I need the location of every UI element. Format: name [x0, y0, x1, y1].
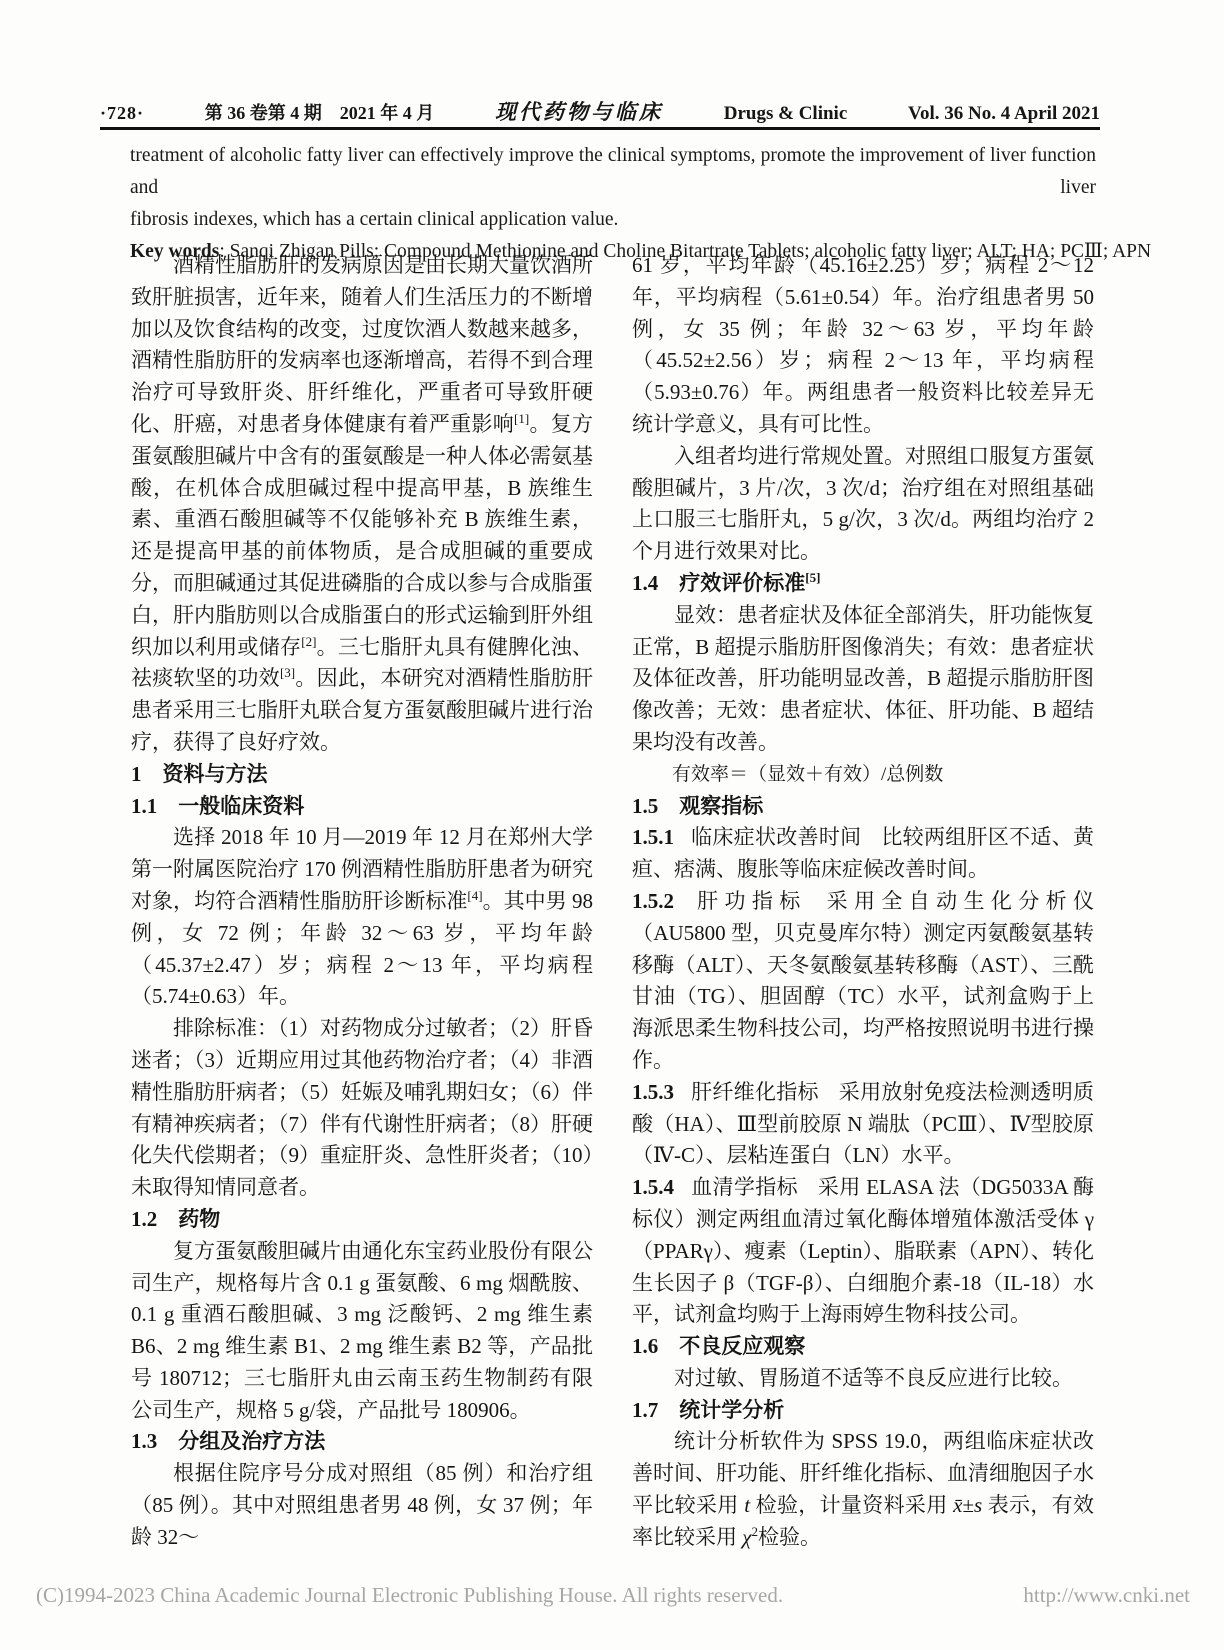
paragraph: 复方蛋氨酸胆碱片由通化东宝药业股份有限公司生产，规格每片含 0.1 g 蛋氨酸、… [131, 1236, 593, 1427]
formula-line: 有效率＝（显效＋有效）/总例数 [632, 759, 1094, 791]
section-heading: 1.2药物 [131, 1204, 593, 1236]
section-heading: 1资料与方法 [131, 759, 593, 791]
paragraph: 统计分析软件为 SPSS 19.0，两组临床症状改善时间、肝功能、肝纤维化指标、… [632, 1426, 1094, 1553]
text-run: 观察指标 [679, 794, 763, 818]
text-run: 不良反应观察 [679, 1334, 805, 1358]
paragraph: 对过敏、胃肠道不适等不良反应进行比较。 [632, 1363, 1094, 1395]
subsection-paragraph: 1.5.4血清学指标采用 ELASA 法（DG5033A 酶标仪）测定两组血清过… [632, 1172, 1094, 1331]
journal-header: ·728· 第 36 卷第 4 期 2021 年 4 月 现代药物与临床 Dru… [100, 96, 1100, 126]
reference-superscript: [4] [467, 888, 482, 903]
text-run: 根据住院序号分成对照组（85 例）和治疗组（85 例）。其中对照组患者男 48 … [131, 1461, 593, 1549]
paragraph: 显效：患者症状及体征全部消失，肝功能恢复正常，B 超提示脂肪肝图像消失；有效：患… [632, 600, 1094, 759]
reference-superscript: [1] [514, 411, 529, 426]
reference-superscript: [2] [301, 634, 316, 649]
text-run: 61 岁，平均年龄（45.16±2.25）岁；病程 2～12 年，平均病程（5.… [632, 253, 1094, 436]
paragraph: 根据住院序号分成对照组（85 例）和治疗组（85 例）。其中对照组患者男 48 … [131, 1458, 593, 1553]
reference-superscript: [5] [805, 570, 820, 585]
header-divider-rule [100, 127, 1100, 130]
subsection-number: 1.5.4 [632, 1175, 674, 1199]
journal-title-en: Drugs & Clinic [724, 103, 848, 125]
subsection-title: 临床症状改善时间 [691, 825, 862, 849]
subsection-number: 1.5.1 [632, 825, 674, 849]
subsection-paragraph: 1.5.2肝功指标采用全自动生化分析仪（AU5800 型，贝克曼库尔特）测定丙氨… [632, 886, 1094, 1077]
paragraph: 酒精性脂肪肝的发病原因是由长期大量饮酒所致肝脏损害，近年来，随着人们生活压力的不… [131, 250, 593, 759]
journal-page: ·728· 第 36 卷第 4 期 2021 年 4 月 现代药物与临床 Dru… [0, 0, 1224, 1650]
section-number: 1.6 [632, 1334, 658, 1358]
section-number: 1.3 [131, 1429, 157, 1453]
volume-info: Vol. 36 No. 4 April 2021 [908, 103, 1100, 125]
text-run: 分组及治疗方法 [178, 1429, 325, 1453]
subsection-title: 血清学指标 [691, 1175, 798, 1199]
text-run: 显效：患者症状及体征全部消失，肝功能恢复正常，B 超提示脂肪肝图像消失；有效：患… [632, 603, 1094, 754]
text-run: 。复方蛋氨酸胆碱片中含有的蛋氨酸是一种人体必需氨基酸，在机体合成胆碱过程中提高甲… [131, 412, 593, 659]
text-run: 疗效评价标准 [679, 571, 805, 595]
section-number: 1 [131, 762, 142, 786]
subsection-title: 肝功指标 [691, 889, 807, 913]
abstract-line: treatment of alcoholic fatty liver can e… [130, 140, 1096, 204]
section-number: 1.2 [131, 1207, 157, 1231]
text-run: 资料与方法 [163, 762, 268, 786]
english-abstract-remnant: treatment of alcoholic fatty liver can e… [130, 140, 1096, 268]
subsection-number: 1.5.3 [632, 1080, 674, 1104]
footer-copyright: (C)1994-2023 China Academic Journal Elec… [36, 1583, 783, 1608]
section-title: 一般临床资料 [178, 794, 304, 818]
abstract-line: fibrosis indexes, which has a certain cl… [130, 204, 1096, 236]
subsection-paragraph: 1.5.3肝纤维化指标采用放射免疫法检测透明质酸（HA）、Ⅲ型前胶原 N 端肽（… [632, 1077, 1094, 1172]
subsection-paragraph: 1.5.1临床症状改善时间比较两组肝区不适、黄疸、痞满、腹胀等临床症候改善时间。 [632, 822, 1094, 886]
issue-info-cn: 第 36 卷第 4 期 2021 年 4 月 [205, 99, 435, 125]
right-column: 61 岁，平均年龄（45.16±2.25）岁；病程 2～12 年，平均病程（5.… [632, 250, 1094, 1554]
text-run: x̄±s [953, 1493, 982, 1517]
journal-title-cn: 现代药物与临床 [495, 96, 663, 126]
section-heading: 1.3分组及治疗方法 [131, 1426, 593, 1458]
section-title: 药物 [178, 1207, 220, 1231]
text-run: 有效率＝（显效＋有效）/总例数 [672, 764, 943, 785]
text-run: 复方蛋氨酸胆碱片由通化东宝药业股份有限公司生产，规格每片含 0.1 g 蛋氨酸、… [131, 1239, 593, 1422]
footer-url: http://www.cnki.net [1023, 1583, 1190, 1608]
section-title: 观察指标 [679, 794, 763, 818]
paragraph: 61 岁，平均年龄（45.16±2.25）岁；病程 2～12 年，平均病程（5.… [632, 250, 1094, 441]
scan-footer: (C)1994-2023 China Academic Journal Elec… [36, 1583, 1190, 1608]
section-heading: 1.4疗效评价标准[5] [632, 568, 1094, 600]
text-run: 采用全自动生化分析仪（AU5800 型，贝克曼库尔特）测定丙氨酸氨基转移酶（AL… [632, 889, 1094, 1072]
section-title: 资料与方法 [163, 762, 268, 786]
page-number: ·728· [100, 103, 144, 124]
text-run: 入组者均进行常规处置。对照组口服复方蛋氨酸胆碱片，3 片/次，3 次/d；治疗组… [632, 444, 1094, 563]
text-run: χ [742, 1525, 751, 1549]
subsection-number: 1.5.2 [632, 889, 674, 913]
reference-superscript: [3] [280, 665, 295, 680]
section-title: 疗效评价标准[5] [679, 571, 820, 595]
text-run: 酒精性脂肪肝的发病原因是由长期大量饮酒所致肝脏损害，近年来，随着人们生活压力的不… [131, 253, 593, 436]
section-number: 1.4 [632, 571, 658, 595]
section-heading: 1.5观察指标 [632, 791, 1094, 823]
text-run: 检验。 [758, 1525, 821, 1549]
section-number: 1.5 [632, 794, 658, 818]
paragraph: 选择 2018 年 10 月—2019 年 12 月在郑州大学第一附属医院治疗 … [131, 822, 593, 1013]
section-title: 分组及治疗方法 [178, 1429, 325, 1453]
text-run: 对过敏、胃肠道不适等不良反应进行比较。 [674, 1366, 1073, 1390]
section-heading: 1.7统计学分析 [632, 1395, 1094, 1427]
left-column: 酒精性脂肪肝的发病原因是由长期大量饮酒所致肝脏损害，近年来，随着人们生活压力的不… [131, 250, 593, 1554]
text-run: 排除标准：（1）对药物成分过敏者；（2）肝昏迷者；（3）近期应用过其他药物治疗者… [131, 1016, 593, 1199]
text-run: 统计学分析 [679, 1398, 784, 1422]
section-heading: 1.1一般临床资料 [131, 791, 593, 823]
subsection-title: 肝纤维化指标 [691, 1080, 819, 1104]
paragraph: 排除标准：（1）对药物成分过敏者；（2）肝昏迷者；（3）近期应用过其他药物治疗者… [131, 1013, 593, 1204]
paragraph: 入组者均进行常规处置。对照组口服复方蛋氨酸胆碱片，3 片/次，3 次/d；治疗组… [632, 441, 1094, 568]
section-title: 统计学分析 [679, 1398, 784, 1422]
section-heading: 1.6不良反应观察 [632, 1331, 1094, 1363]
section-number: 1.7 [632, 1398, 658, 1422]
section-number: 1.1 [131, 794, 157, 818]
text-run: 药物 [178, 1207, 220, 1231]
text-run: 检验，计量资料采用 [750, 1493, 953, 1517]
section-title: 不良反应观察 [679, 1334, 805, 1358]
text-run: 一般临床资料 [178, 794, 304, 818]
